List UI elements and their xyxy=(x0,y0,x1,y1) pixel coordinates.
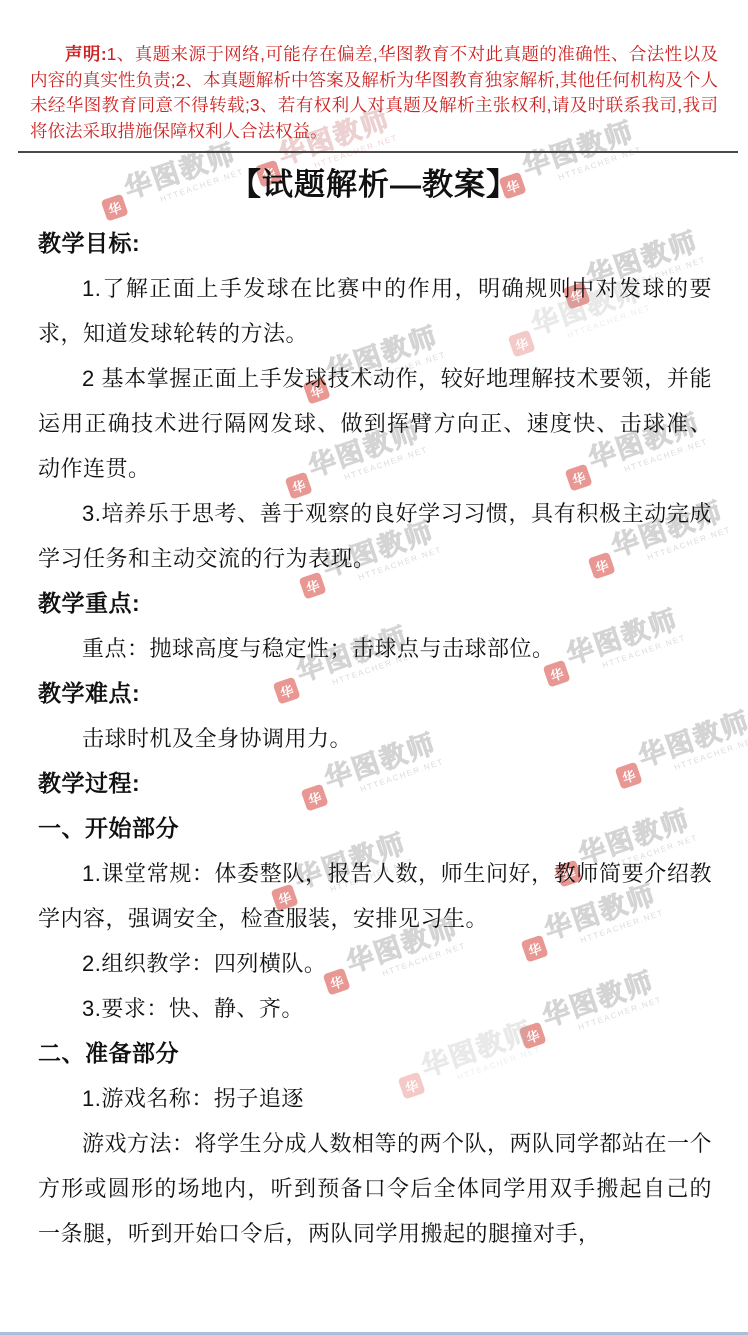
paragraph: 1.课堂常规：体委整队，报告人数，师生问好，教师简要介绍教学内容，强调安全，检查… xyxy=(38,851,712,941)
section-heading-key-points: 教学重点: xyxy=(38,581,712,626)
paragraph: 击球时机及全身协调用力。 xyxy=(38,716,712,761)
disclaimer-label: 声明: xyxy=(65,44,107,64)
disclaimer-text: 声明:1、真题来源于网络,可能存在偏差,华图教育不对此真题的准确性、合法性以及内… xyxy=(30,0,718,144)
section-heading-part-one: 一、开始部分 xyxy=(38,806,712,851)
paragraph: 重点：抛球高度与稳定性；击球点与击球部位。 xyxy=(38,626,712,671)
document-page: 华华图教师HTTEACHER.NET华华图教师HTTEACHER.NET华华图教… xyxy=(0,0,748,1335)
paragraph: 3.培养乐于思考、善于观察的良好学习习惯，具有积极主动完成学习任务和主动交流的行… xyxy=(38,491,712,581)
disclaimer-body: 1、真题来源于网络,可能存在偏差,华图教育不对此真题的准确性、合法性以及内容的真… xyxy=(30,44,718,141)
document-content: 声明:1、真题来源于网络,可能存在偏差,华图教育不对此真题的准确性、合法性以及内… xyxy=(0,0,748,1256)
paragraph: 2 基本掌握正面上手发球技术动作，较好地理解技术要领，并能运用正确技术进行隔网发… xyxy=(38,356,712,491)
document-body: 教学目标: 1.了解正面上手发球在比赛中的作用，明确规则中对发球的要求，知道发球… xyxy=(38,221,712,1256)
paragraph: 1.游戏名称：拐子追逐 xyxy=(38,1076,712,1121)
paragraph: 2.组织教学：四列横队。 xyxy=(38,941,712,986)
paragraph: 游戏方法：将学生分成人数相等的两个队，两队同学都站在一个方形或圆形的场地内，听到… xyxy=(38,1121,712,1256)
section-heading-objectives: 教学目标: xyxy=(38,221,712,266)
paragraph: 3.要求：快、静、齐。 xyxy=(38,986,712,1031)
header-divider xyxy=(18,151,738,153)
section-heading-difficulties: 教学难点: xyxy=(38,671,712,716)
paragraph: 1.了解正面上手发球在比赛中的作用，明确规则中对发球的要求，知道发球轮转的方法。 xyxy=(38,266,712,356)
page-title: 【试题解析—教案】 xyxy=(0,165,748,205)
section-heading-part-two: 二、准备部分 xyxy=(38,1031,712,1076)
section-heading-process: 教学过程: xyxy=(38,761,712,806)
